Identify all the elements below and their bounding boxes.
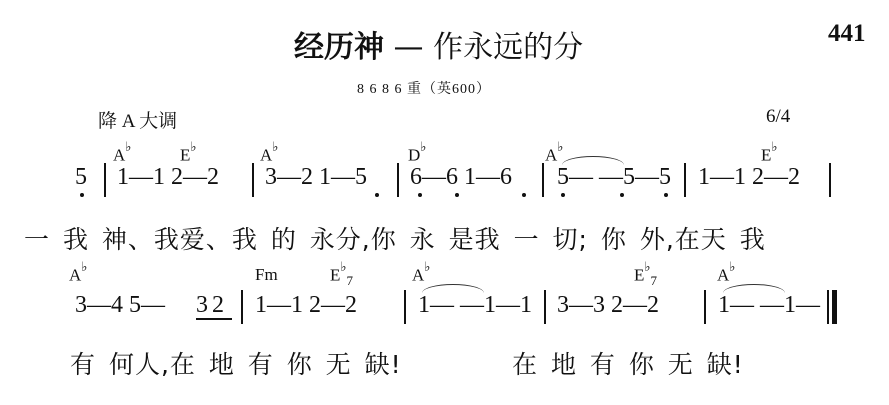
barline — [397, 163, 399, 197]
chord-symbol: E♭ — [180, 142, 197, 166]
lyrics-line: 一 我 神、我爱、我 的 永分,你 永 是我 一 切; 你 外,在天 我 — [24, 220, 766, 256]
barline — [241, 290, 243, 324]
barline — [544, 290, 546, 324]
barline — [827, 290, 829, 324]
measure: 1—1 2—2 — [255, 292, 357, 319]
beamed-notes: 3 2 — [196, 292, 224, 319]
barline — [404, 290, 406, 324]
hymn-title: 经历神 — 作永远的分 — [294, 22, 583, 66]
barline — [104, 163, 106, 197]
measure: 3—2 1—5 — [265, 164, 367, 191]
measure: 1— —1— — [718, 292, 820, 319]
final-barline — [832, 290, 837, 324]
octave-dot — [664, 193, 668, 197]
chord-symbol: Fm — [255, 265, 278, 285]
measure: 5— —5—5 — [557, 164, 671, 191]
measure: 3—3 2—2 — [557, 292, 659, 319]
barline — [542, 163, 544, 197]
octave-dot — [561, 193, 565, 197]
barline — [684, 163, 686, 197]
measure-pickup: 5 — [75, 164, 87, 191]
chord-symbol: D♭ — [408, 142, 426, 166]
octave-dot — [620, 193, 624, 197]
title-main: 经历神 — [294, 30, 384, 65]
measure: 1—1 2—2 — [698, 164, 800, 191]
chord-symbol: A♭ — [412, 262, 430, 286]
lyrics-line: 有 何人,在 地 有 你 无 缺! — [70, 345, 402, 381]
octave-dot — [375, 193, 379, 197]
barline — [252, 163, 254, 197]
barline — [704, 290, 706, 324]
chord-symbol: E♭ — [761, 142, 778, 166]
lyrics-line-refrain: 在 地 有 你 无 缺! — [512, 345, 744, 381]
measure: 6—6 1—6 — [410, 164, 512, 191]
key-signature: 降 A 大调 — [98, 106, 177, 133]
octave-dot — [522, 193, 526, 197]
hymn-number: 441 — [828, 20, 866, 48]
measure: 1— —1—1 — [418, 292, 532, 319]
measure: 1—1 2—2 — [117, 164, 219, 191]
chord-symbol: A♭ — [69, 262, 87, 286]
barline — [829, 163, 831, 197]
eighth-note-underline — [196, 318, 232, 320]
chord-symbol: A♭ — [260, 142, 278, 166]
chord-symbol: A♭ — [545, 142, 563, 166]
title-subtitle: — 作永远的分 — [394, 30, 584, 65]
chord-symbol: A♭ — [717, 262, 735, 286]
chord-symbol: A♭ — [113, 142, 131, 166]
octave-dot — [455, 193, 459, 197]
meter-info: 8 6 8 6 重（英600） — [357, 78, 491, 98]
chord-symbol: E♭7 — [634, 262, 657, 289]
octave-dot — [418, 193, 422, 197]
measure: 3—4 5— — [75, 292, 165, 319]
octave-dot — [80, 193, 84, 197]
chord-symbol: E♭7 — [330, 262, 353, 289]
time-signature: 6/4 — [766, 106, 790, 128]
